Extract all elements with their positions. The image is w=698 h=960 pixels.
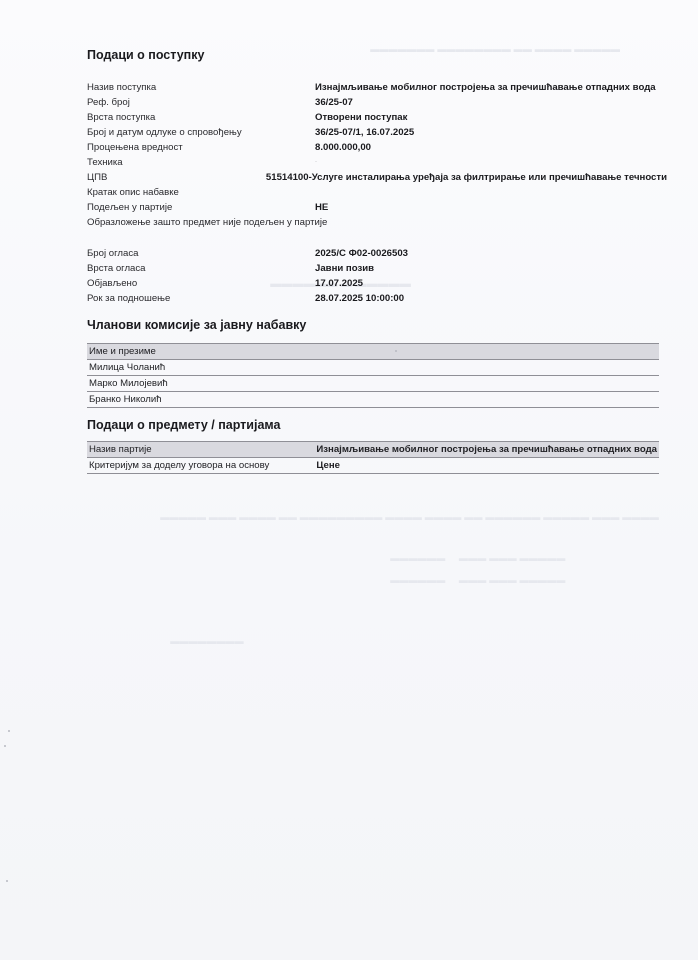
field-value: Јавни позив [315,261,667,276]
field-label: Број и датум одлуке о спровођењу [87,125,315,140]
field-value [327,215,667,230]
bleed-through-text: ▬▬▬▬▬ ▬▬▬▬ ▬▬ ▬▬▬▬▬▬▬▬ ▬▬▬▬▬▬▬ [370,44,620,54]
section-title-lots: Подаци о предмету / партијама [87,418,280,432]
lot-value: Изнајмљивање мобилног постројења за преч… [314,442,659,458]
field-value: Отворени поступак [315,110,667,125]
field-published: Објављено 17.07.2025 [87,276,667,291]
table-row: Бранко Николић [87,392,659,408]
table-row: Назив партије Изнајмљивање мобилног пост… [87,442,659,458]
field-value: 36/25-07 [315,95,667,110]
scan-speck [4,745,6,747]
member-name: Марко Милојевић [87,376,659,392]
field-label: Објављено [87,276,315,291]
field-label: Подељен у партије [87,200,315,215]
procedure-fields: Назив поступка Изнајмљивање мобилног пос… [87,80,667,230]
field-cpv: ЦПВ 51514100-Услуге инсталирања уређаја … [87,170,667,185]
field-procedure-type: Врста поступка Отворени поступак [87,110,667,125]
field-value: НЕ [315,200,667,215]
section-title-procedure: Подаци о поступку [87,48,204,62]
commission-table: Име и презиме Милица Чоланић Марко Милој… [87,343,659,408]
table-row: Марко Милојевић [87,376,659,392]
field-label: Процењена вредност [87,140,315,155]
field-value: - [315,155,667,170]
table-header-row: Име и презиме [87,344,659,360]
field-value [315,185,667,200]
field-label: Техника [87,155,315,170]
field-label: Назив поступка [87,80,315,95]
field-value: Изнајмљивање мобилног постројења за преч… [315,80,667,95]
scan-speck [395,350,397,352]
field-label: Врста огласа [87,261,315,276]
bleed-through-text: ▬▬▬▬▬ ▬▬▬ ▬▬▬ ▬▬▬▬▬▬ [390,575,565,585]
field-lots-justification: Образложење зашто предмет није подељен у… [87,215,667,230]
lot-value: Цене [314,458,659,474]
section-title-commission: Чланови комисије за јавну набавку [87,318,306,332]
scan-speck [8,730,10,732]
bleed-through-text: ▬▬▬▬ ▬▬▬ ▬▬▬▬▬ ▬▬▬▬▬▬ ▬▬ ▬▬▬▬ ▬▬▬▬ ▬▬▬▬▬… [160,512,659,522]
field-label: Врста поступка [87,110,315,125]
field-label: Кратак опис набавке [87,185,315,200]
field-value: 36/25-07/1, 16.07.2025 [315,125,667,140]
field-deadline: Рок за подношење 28.07.2025 10:00:00 [87,291,667,306]
field-divided-lots: Подељен у партије НЕ [87,200,667,215]
field-procedure-name: Назив поступка Изнајмљивање мобилног пос… [87,80,667,95]
scan-speck [6,880,8,882]
lot-label: Критеријум за доделу уговора на основу [87,458,314,474]
field-value: 51514100-Услуге инсталирања уређаја за ф… [266,170,667,185]
field-technique: Техника - [87,155,667,170]
field-label: Број огласа [87,246,315,261]
field-value: 8.000.000,00 [315,140,667,155]
field-notice-number: Број огласа 2025/С Ф02-0026503 [87,246,667,261]
field-label: Реф. број [87,95,315,110]
field-notice-type: Врста огласа Јавни позив [87,261,667,276]
field-label: Рок за подношење [87,291,315,306]
member-name: Бранко Николић [87,392,659,408]
scanned-page: ▬▬▬▬▬ ▬▬▬▬ ▬▬ ▬▬▬▬▬▬▬▬ ▬▬▬▬▬▬▬ ▬▬▬▬▬ ▬ ▬… [0,0,698,960]
lot-label: Назив партије [87,442,314,458]
field-value: 2025/С Ф02-0026503 [315,246,667,261]
column-header-name: Име и презиме [87,344,659,360]
bleed-through-text: ▬▬▬▬▬▬▬▬ [170,636,244,646]
notice-fields: Број огласа 2025/С Ф02-0026503 Врста огл… [87,246,667,306]
lots-table: Назив партије Изнајмљивање мобилног пост… [87,441,659,474]
field-ref-number: Реф. број 36/25-07 [87,95,667,110]
field-value: 28.07.2025 10:00:00 [315,291,667,306]
field-estimated-value: Процењена вредност 8.000.000,00 [87,140,667,155]
field-label: ЦПВ [87,170,266,185]
table-row: Милица Чоланић [87,360,659,376]
field-decision: Број и датум одлуке о спровођењу 36/25-0… [87,125,667,140]
table-row: Критеријум за доделу уговора на основу Ц… [87,458,659,474]
field-label: Образложење зашто предмет није подељен у… [87,215,327,230]
bleed-through-text: ▬▬▬▬▬ ▬▬▬ ▬▬▬ ▬▬▬▬▬▬ [390,553,565,563]
member-name: Милица Чоланић [87,360,659,376]
field-short-description: Кратак опис набавке [87,185,667,200]
field-value: 17.07.2025 [315,276,667,291]
